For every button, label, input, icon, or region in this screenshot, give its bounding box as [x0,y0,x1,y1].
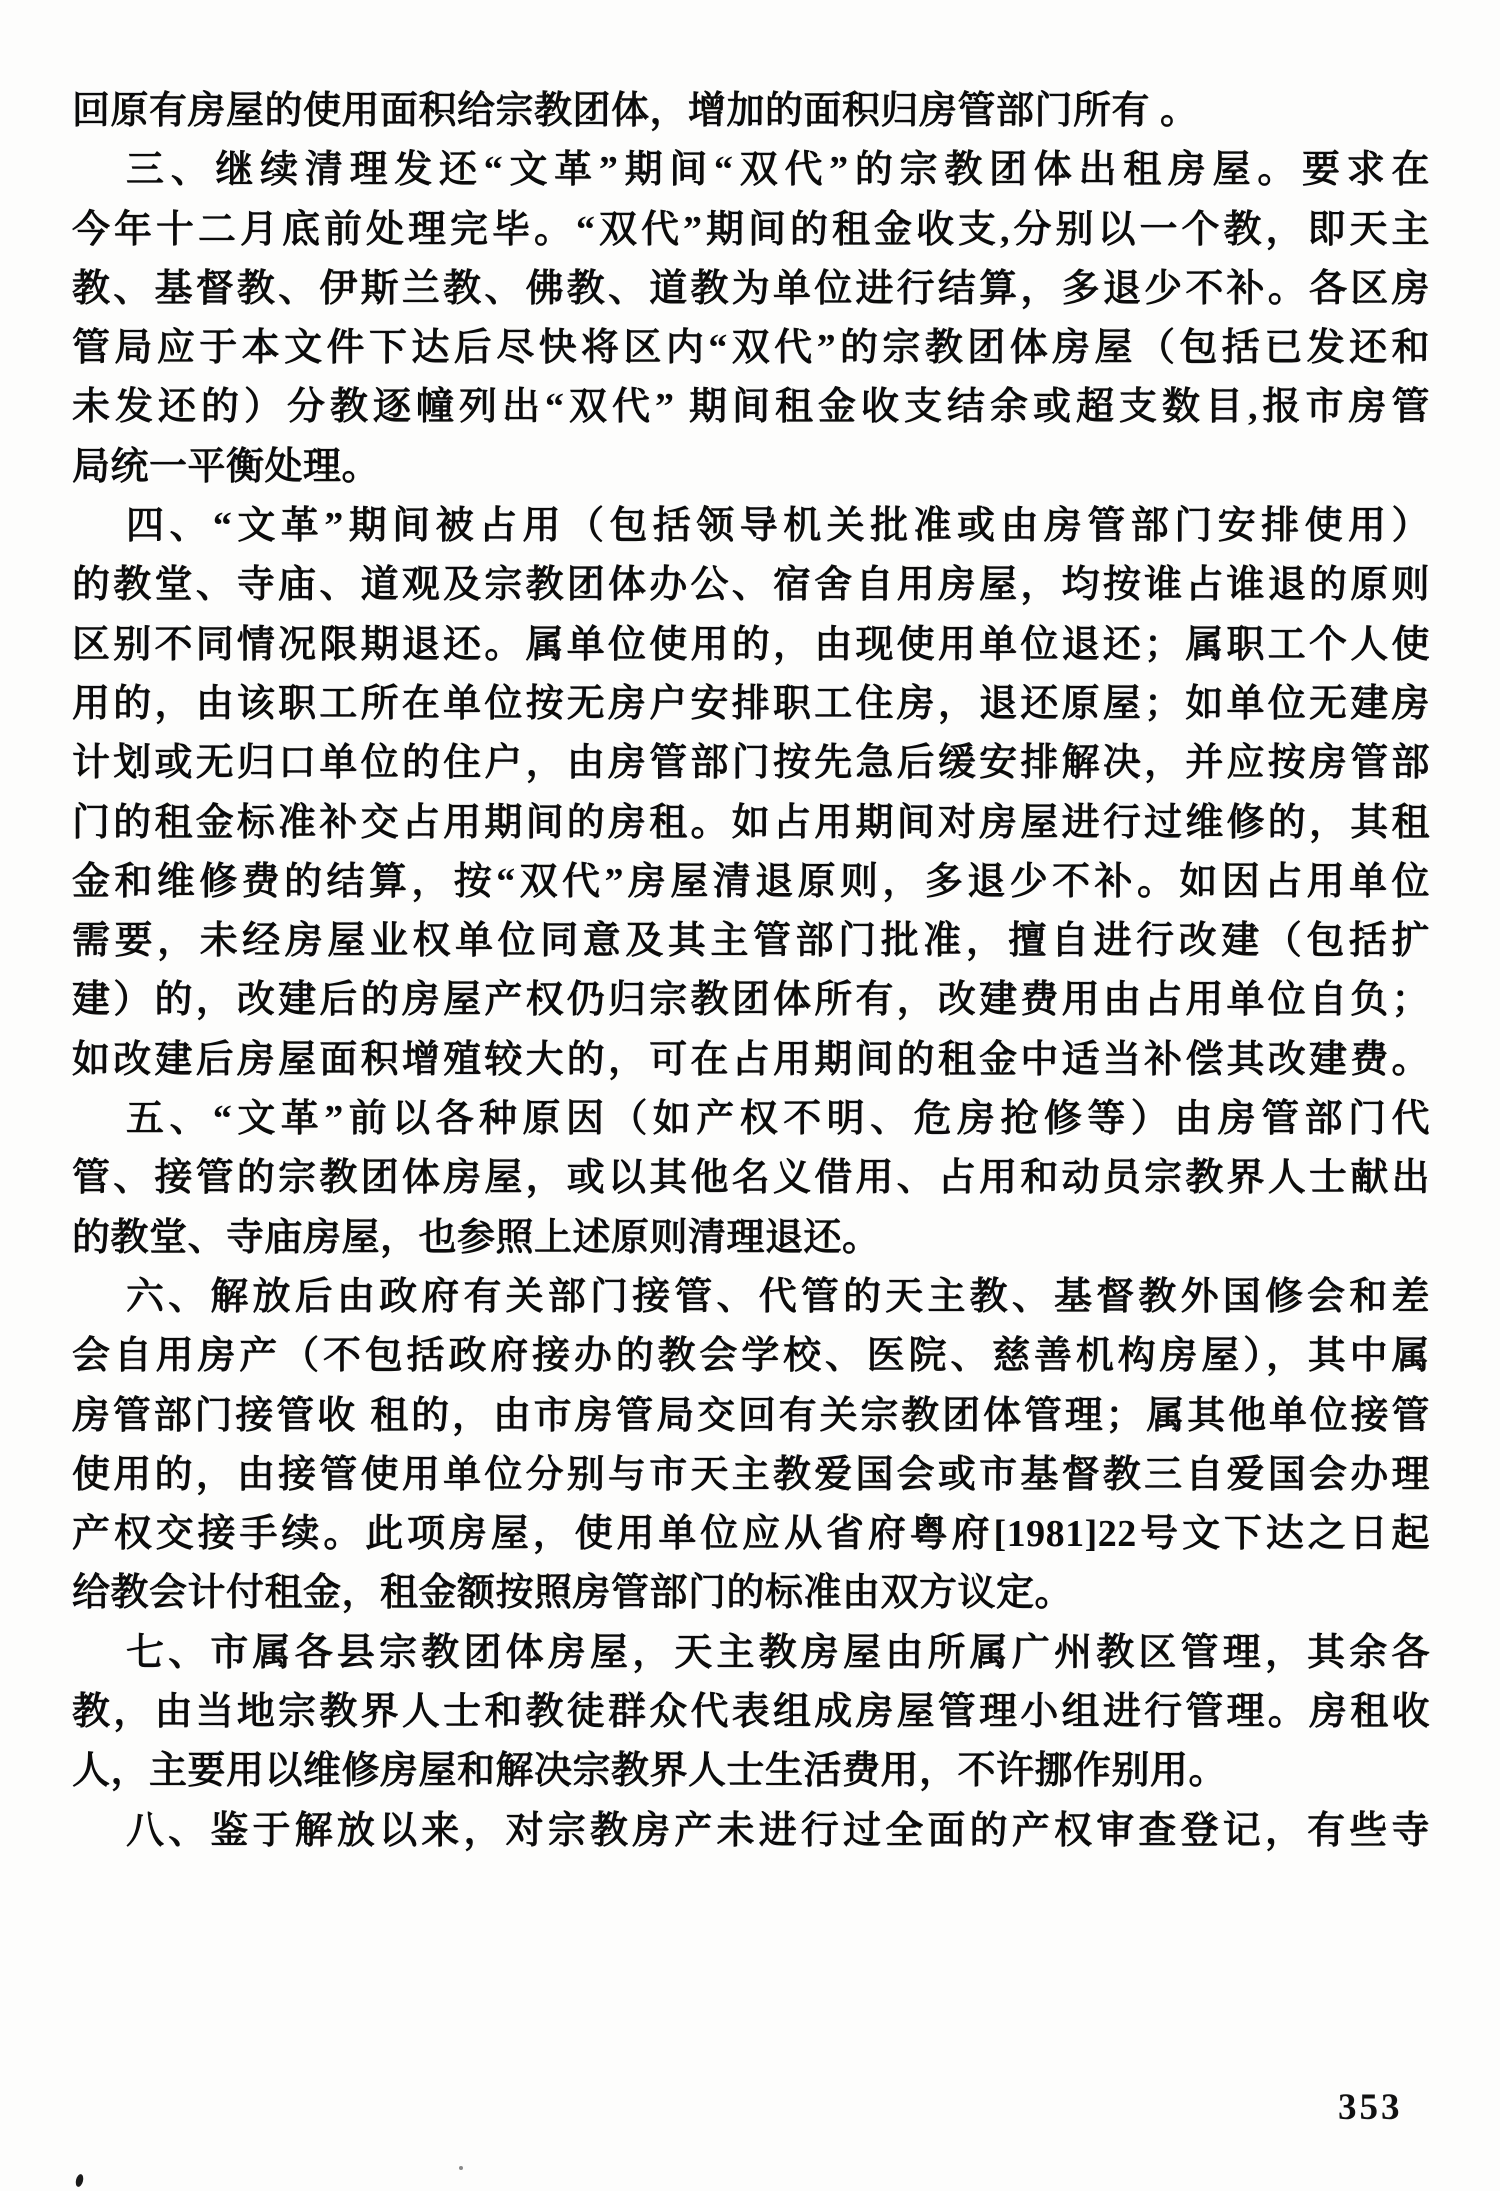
document-page: 回原有房屋的使用面积给宗教团体，增加的面积归房管部门所有 。三、继续清理发还“文… [0,0,1500,2191]
text-line: 未发还的）分教逐幢列出“双代” 期间租金收支结余或超支数目,报市房管 [72,378,1430,437]
text-line: 回原有房屋的使用面积给宗教团体，增加的面积归房管部门所有 。 [72,82,1430,141]
text-line: 房管部门接管收 租的，由市房管局交回有关宗教团体管理；属其他单位接管 [72,1387,1430,1446]
text-line: 使用的，由接管使用单位分别与市天主教爱国会或市基督教三自爱国会办理 [72,1446,1430,1505]
text-line: 的教堂、寺庙房屋，也参照上述原则清理退还。 [72,1209,1430,1268]
page-number: 353 [1338,2086,1403,2129]
text-line: 六、解放后由政府有关部门接管、代管的天主教、基督教外国修会和差 [72,1268,1430,1327]
text-line: 教，由当地宗教界人士和教徒群众代表组成房屋管理小组进行管理。房租收 [72,1683,1430,1742]
text-line: 门的租金标准补交占用期间的房租。如占用期间对房屋进行过维修的，其租 [72,794,1430,853]
text-line: 需要，未经房屋业权单位同意及其主管部门批准，擅自进行改建（包括扩 [72,912,1430,971]
text-line: 人，主要用以维修房屋和解决宗教界人士生活费用，不许挪作别用。 [72,1742,1430,1801]
text-line: 教、基督教、伊斯兰教、佛教、道教为单位进行结算，多退少不补。各区房 [72,260,1430,319]
text-line: 金和维修费的结算，按“双代”房屋清退原则，多退少不补。如因占用单位 [72,853,1430,912]
text-line: 会自用房产（不包括政府接办的教会学校、医院、慈善机构房屋），其中属 [72,1327,1430,1386]
text-line: 四、“文革”期间被占用（包括领导机关批准或由房管部门安排使用） [72,497,1430,556]
text-line: 五、“文革”前以各种原因（如产权不明、危房抢修等）由房管部门代 [72,1090,1430,1149]
text-line: 的教堂、寺庙、道观及宗教团体办公、宿舍自用房屋，均按谁占谁退的原则 [72,556,1430,615]
text-line: 用的，由该职工所在单位按无房户安排职工住房，退还原屋；如单位无建房 [72,675,1430,734]
text-line: 七、市属各县宗教团体房屋，天主教房屋由所属广州教区管理，其余各 [72,1624,1430,1683]
text-line: 给教会计付租金，租金额按照房管部门的标准由双方议定。 [72,1564,1430,1623]
text-line: 八、鉴于解放以来，对宗教房产未进行过全面的产权审查登记，有些寺 [72,1802,1430,1861]
text-line: 区别不同情况限期退还。属单位使用的，由现使用单位退还；属职工个人使 [72,616,1430,675]
text-line: 管局应于本文件下达后尽快将区内“双代”的宗教团体房屋（包括已发还和 [72,319,1430,378]
scan-speck [75,2173,85,2187]
document-body: 回原有房屋的使用面积给宗教团体，增加的面积归房管部门所有 。三、继续清理发还“文… [72,82,1430,1861]
text-line: 三、继续清理发还“文革”期间“双代”的宗教团体出租房屋。要求在 [72,141,1430,200]
text-line: 局统一平衡处理。 [72,438,1430,497]
text-line: 产权交接手续。此项房屋，使用单位应从省府粤府[1981]22号文下达之日起 [72,1505,1430,1564]
text-line: 管、接管的宗教团体房屋，或以其他名义借用、占用和动员宗教界人士献出 [72,1149,1430,1208]
text-line: 建）的，改建后的房屋产权仍归宗教团体所有，改建费用由占用单位自负； [72,971,1430,1030]
text-line: 如改建后房屋面积增殖较大的，可在占用期间的租金中适当补偿其改建费。 [72,1031,1430,1090]
text-line: 计划或无归口单位的住户，由房管部门按先急后缓安排解决，并应按房管部 [72,734,1430,793]
scan-speck [459,2166,463,2170]
text-line: 今年十二月底前处理完毕。“双代”期间的租金收支,分别以一个教，即天主 [72,201,1430,260]
